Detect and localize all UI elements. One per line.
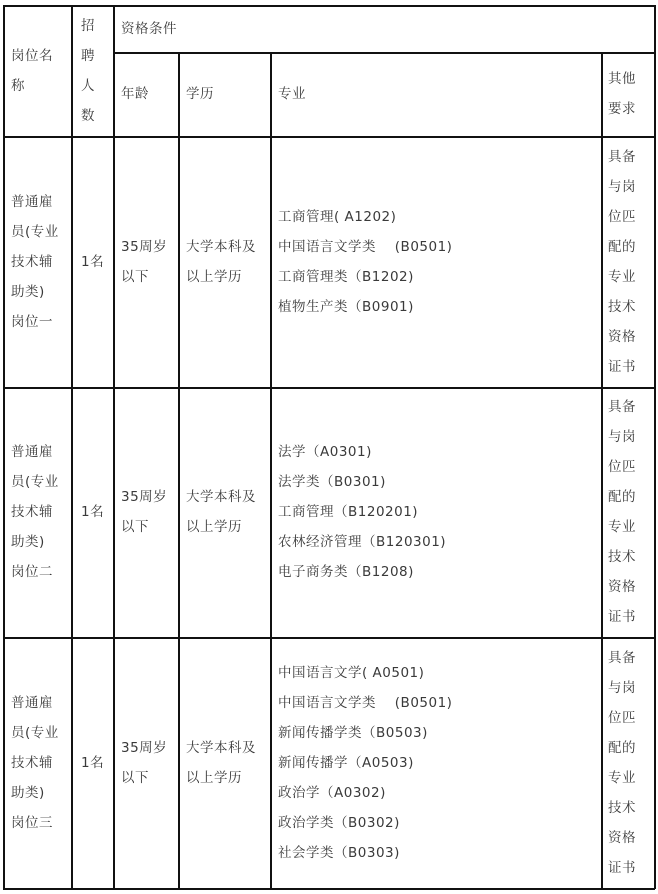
header-other-line: 其他: [608, 64, 636, 94]
row-position-line: 普通雇: [11, 437, 59, 467]
row-majors-line: 法学（A0301): [278, 437, 446, 467]
row-count: 1名: [71, 637, 113, 888]
row-age-line: 以下: [121, 763, 167, 793]
header-other: 其他要求: [601, 52, 655, 136]
recruitment-table: 岗位名称招聘人数资格条件年龄学历专业其他要求普通雇员(专业技术辅助类)岗位一1名…: [3, 5, 655, 889]
row-majors-line: 新闻传播学（A0503): [278, 748, 452, 778]
row-education-line: 以上学历: [186, 512, 256, 542]
row-other-line: 资格: [608, 823, 636, 853]
row-position-line: 员(专业: [11, 467, 59, 497]
row-other-line: 技术: [608, 793, 636, 823]
header-age-text: 年龄: [121, 79, 149, 109]
row-majors-line: 工商管理类（B1202): [278, 262, 452, 292]
header-recruit-count: 招聘人数: [71, 5, 113, 136]
row-position-line: 技术辅: [11, 497, 59, 527]
row-majors-line: 农林经济管理（B120301): [278, 527, 446, 557]
row-majors: 中国语言文学( A0501)中国语言文学类 (B0501)新闻传播学类（B050…: [270, 637, 601, 888]
row-position: 普通雇员(专业技术辅助类)岗位二: [3, 387, 71, 637]
table-border: [3, 888, 655, 890]
header-education: 学历: [178, 52, 270, 136]
header-major: 专业: [270, 52, 601, 136]
header-age: 年龄: [113, 52, 178, 136]
row-other-line: 具备: [608, 392, 636, 422]
row-other-line: 技术: [608, 542, 636, 572]
row-other: 具备与岗位匹配的专业技术资格证书: [601, 637, 655, 888]
row-other-line: 证书: [608, 602, 636, 632]
row-education-line: 以上学历: [186, 763, 256, 793]
row-position-line: 岗位二: [11, 557, 59, 587]
row-majors-line: 工商管理（B120201): [278, 497, 446, 527]
row-count-text: 1名: [81, 247, 104, 277]
row-count: 1名: [71, 387, 113, 637]
row-position-line: 员(专业: [11, 718, 59, 748]
header-recruit-count-line: 招: [81, 11, 95, 41]
row-education: 大学本科及以上学历: [178, 136, 270, 387]
row-other-line: 与岗: [608, 422, 636, 452]
row-count-text: 1名: [81, 748, 104, 778]
header-qualifications-text: 资格条件: [121, 14, 177, 44]
row-other-line: 专业: [608, 262, 636, 292]
row-age-line: 以下: [121, 512, 167, 542]
row-other-line: 位匹: [608, 703, 636, 733]
row-position-line: 员(专业: [11, 217, 59, 247]
row-other-line: 资格: [608, 572, 636, 602]
row-other-line: 资格: [608, 322, 636, 352]
row-education: 大学本科及以上学历: [178, 637, 270, 888]
header-recruit-count-line: 聘: [81, 41, 95, 71]
row-other-line: 专业: [608, 512, 636, 542]
row-age-line: 35周岁: [121, 232, 167, 262]
row-position-line: 助类): [11, 778, 59, 808]
row-position: 普通雇员(专业技术辅助类)岗位三: [3, 637, 71, 888]
header-major-text: 专业: [278, 79, 306, 109]
row-other-line: 具备: [608, 643, 636, 673]
row-education-line: 大学本科及: [186, 482, 256, 512]
header-qualifications: 资格条件: [113, 5, 655, 52]
row-position-line: 技术辅: [11, 247, 59, 277]
row-majors: 法学（A0301)法学类（B0301)工商管理（B120201)农林经济管理（B…: [270, 387, 601, 637]
row-majors-line: 政治学（A0302): [278, 778, 452, 808]
row-majors-line: 社会学类（B0303): [278, 838, 452, 868]
row-other-line: 配的: [608, 733, 636, 763]
row-majors-line: 植物生产类（B0901): [278, 292, 452, 322]
header-recruit-count-line: 人: [81, 71, 95, 101]
row-majors: 工商管理( A1202)中国语言文学类 (B0501)工商管理类（B1202)植…: [270, 136, 601, 387]
row-majors-line: 政治学类（B0302): [278, 808, 452, 838]
row-other-line: 与岗: [608, 172, 636, 202]
row-majors-line: 中国语言文学( A0501): [278, 658, 452, 688]
row-position: 普通雇员(专业技术辅助类)岗位一: [3, 136, 71, 387]
row-other-line: 专业: [608, 763, 636, 793]
row-position-line: 助类): [11, 277, 59, 307]
row-age-line: 以下: [121, 262, 167, 292]
header-position-name-line: 岗位名: [11, 41, 53, 71]
row-other-line: 与岗: [608, 673, 636, 703]
row-other-line: 配的: [608, 482, 636, 512]
row-other-line: 证书: [608, 853, 636, 883]
row-other-line: 具备: [608, 142, 636, 172]
header-other-line: 要求: [608, 94, 636, 124]
row-majors-line: 工商管理( A1202): [278, 202, 452, 232]
row-education-line: 以上学历: [186, 262, 256, 292]
row-majors-line: 电子商务类（B1208): [278, 557, 446, 587]
row-other-line: 位匹: [608, 202, 636, 232]
header-education-text: 学历: [186, 79, 214, 109]
row-position-line: 助类): [11, 527, 59, 557]
header-position-name: 岗位名称: [3, 5, 71, 136]
row-education-line: 大学本科及: [186, 733, 256, 763]
row-age: 35周岁以下: [113, 136, 178, 387]
row-age: 35周岁以下: [113, 387, 178, 637]
row-position-line: 普通雇: [11, 187, 59, 217]
row-age-line: 35周岁: [121, 733, 167, 763]
header-position-name-line: 称: [11, 71, 53, 101]
row-count: 1名: [71, 136, 113, 387]
row-majors-line: 中国语言文学类 (B0501): [278, 232, 452, 262]
row-other-line: 证书: [608, 352, 636, 382]
row-position-line: 岗位三: [11, 808, 59, 838]
row-count-text: 1名: [81, 497, 104, 527]
row-other: 具备与岗位匹配的专业技术资格证书: [601, 387, 655, 637]
row-education: 大学本科及以上学历: [178, 387, 270, 637]
header-recruit-count-line: 数: [81, 101, 95, 131]
row-age: 35周岁以下: [113, 637, 178, 888]
row-majors-line: 新闻传播学类（B0503): [278, 718, 452, 748]
row-majors-line: 法学类（B0301): [278, 467, 446, 497]
row-position-line: 普通雇: [11, 688, 59, 718]
row-other-line: 技术: [608, 292, 636, 322]
row-other-line: 配的: [608, 232, 636, 262]
row-education-line: 大学本科及: [186, 232, 256, 262]
row-other: 具备与岗位匹配的专业技术资格证书: [601, 136, 655, 387]
row-age-line: 35周岁: [121, 482, 167, 512]
row-other-line: 位匹: [608, 452, 636, 482]
row-position-line: 岗位一: [11, 307, 59, 337]
row-majors-line: 中国语言文学类 (B0501): [278, 688, 452, 718]
row-position-line: 技术辅: [11, 748, 59, 778]
